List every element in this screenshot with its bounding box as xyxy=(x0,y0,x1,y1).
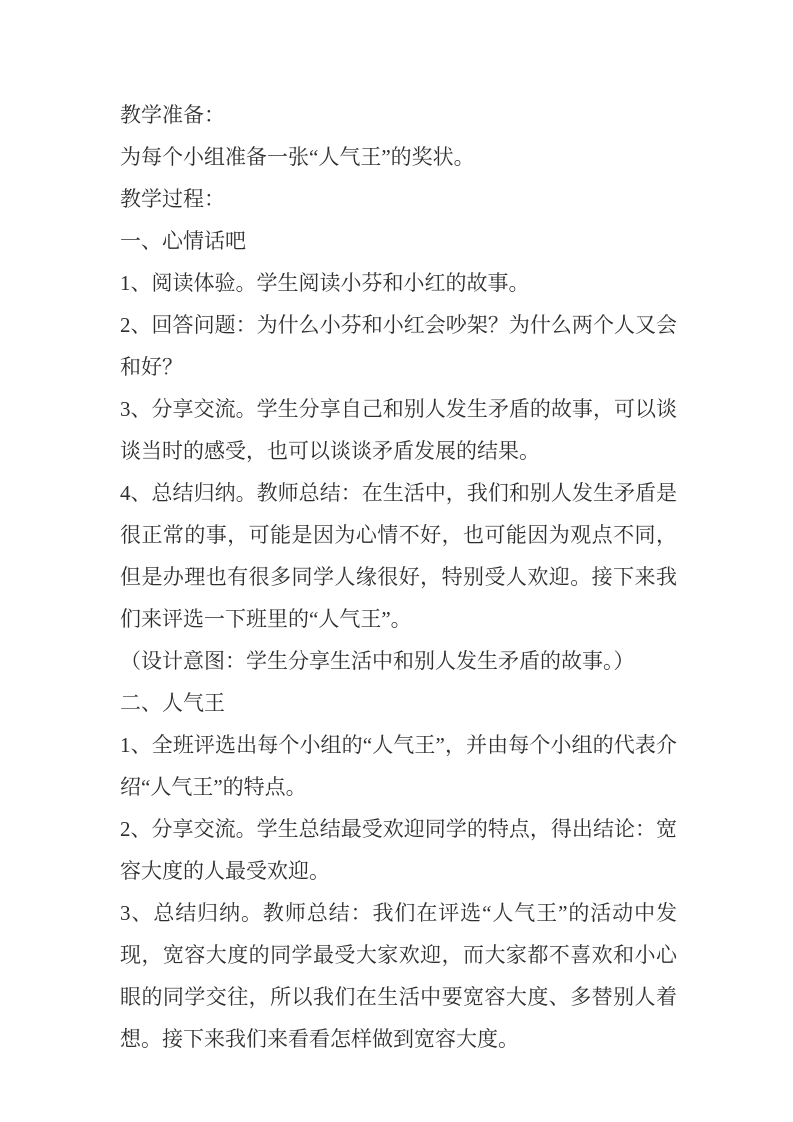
para-section-1-item-2: 2、回答问题：为什么小芬和小红会吵架？为什么两个人又会和好？ xyxy=(120,304,677,388)
para-preparation-detail: 为每个小组准备一张“人气王”的奖状。 xyxy=(120,136,677,178)
para-design-intent: （设计意图：学生分享生活中和别人发生矛盾的故事。） xyxy=(120,640,677,682)
para-teaching-preparation-heading: 教学准备： xyxy=(120,94,677,136)
document-page: 教学准备： 为每个小组准备一张“人气王”的奖状。 教学过程： 一、心情话吧 1、… xyxy=(0,0,793,1122)
para-section-1-item-1: 1、阅读体验。学生阅读小芬和小红的故事。 xyxy=(120,262,677,304)
para-section-2-heading: 二、人气王 xyxy=(120,682,677,724)
para-section-2-item-2: 2、分享交流。学生总结最受欢迎同学的特点，得出结论：宽容大度的人最受欢迎。 xyxy=(120,808,677,892)
para-section-1-item-4: 4、总结归纳。教师总结：在生活中，我们和别人发生矛盾是很正常的事，可能是因为心情… xyxy=(120,472,677,640)
document-body: 教学准备： 为每个小组准备一张“人气王”的奖状。 教学过程： 一、心情话吧 1、… xyxy=(120,94,677,1060)
para-section-2-item-3: 3、总结归纳。教师总结：我们在评选“人气王”的活动中发现，宽容大度的同学最受大家… xyxy=(120,892,677,1060)
para-section-2-item-1: 1、全班评选出每个小组的“人气王”，并由每个小组的代表介绍“人气王”的特点。 xyxy=(120,724,677,808)
para-section-1-heading: 一、心情话吧 xyxy=(120,220,677,262)
para-section-1-item-3: 3、分享交流。学生分享自己和别人发生矛盾的故事，可以谈谈当时的感受，也可以谈谈矛… xyxy=(120,388,677,472)
para-teaching-process-heading: 教学过程： xyxy=(120,178,677,220)
